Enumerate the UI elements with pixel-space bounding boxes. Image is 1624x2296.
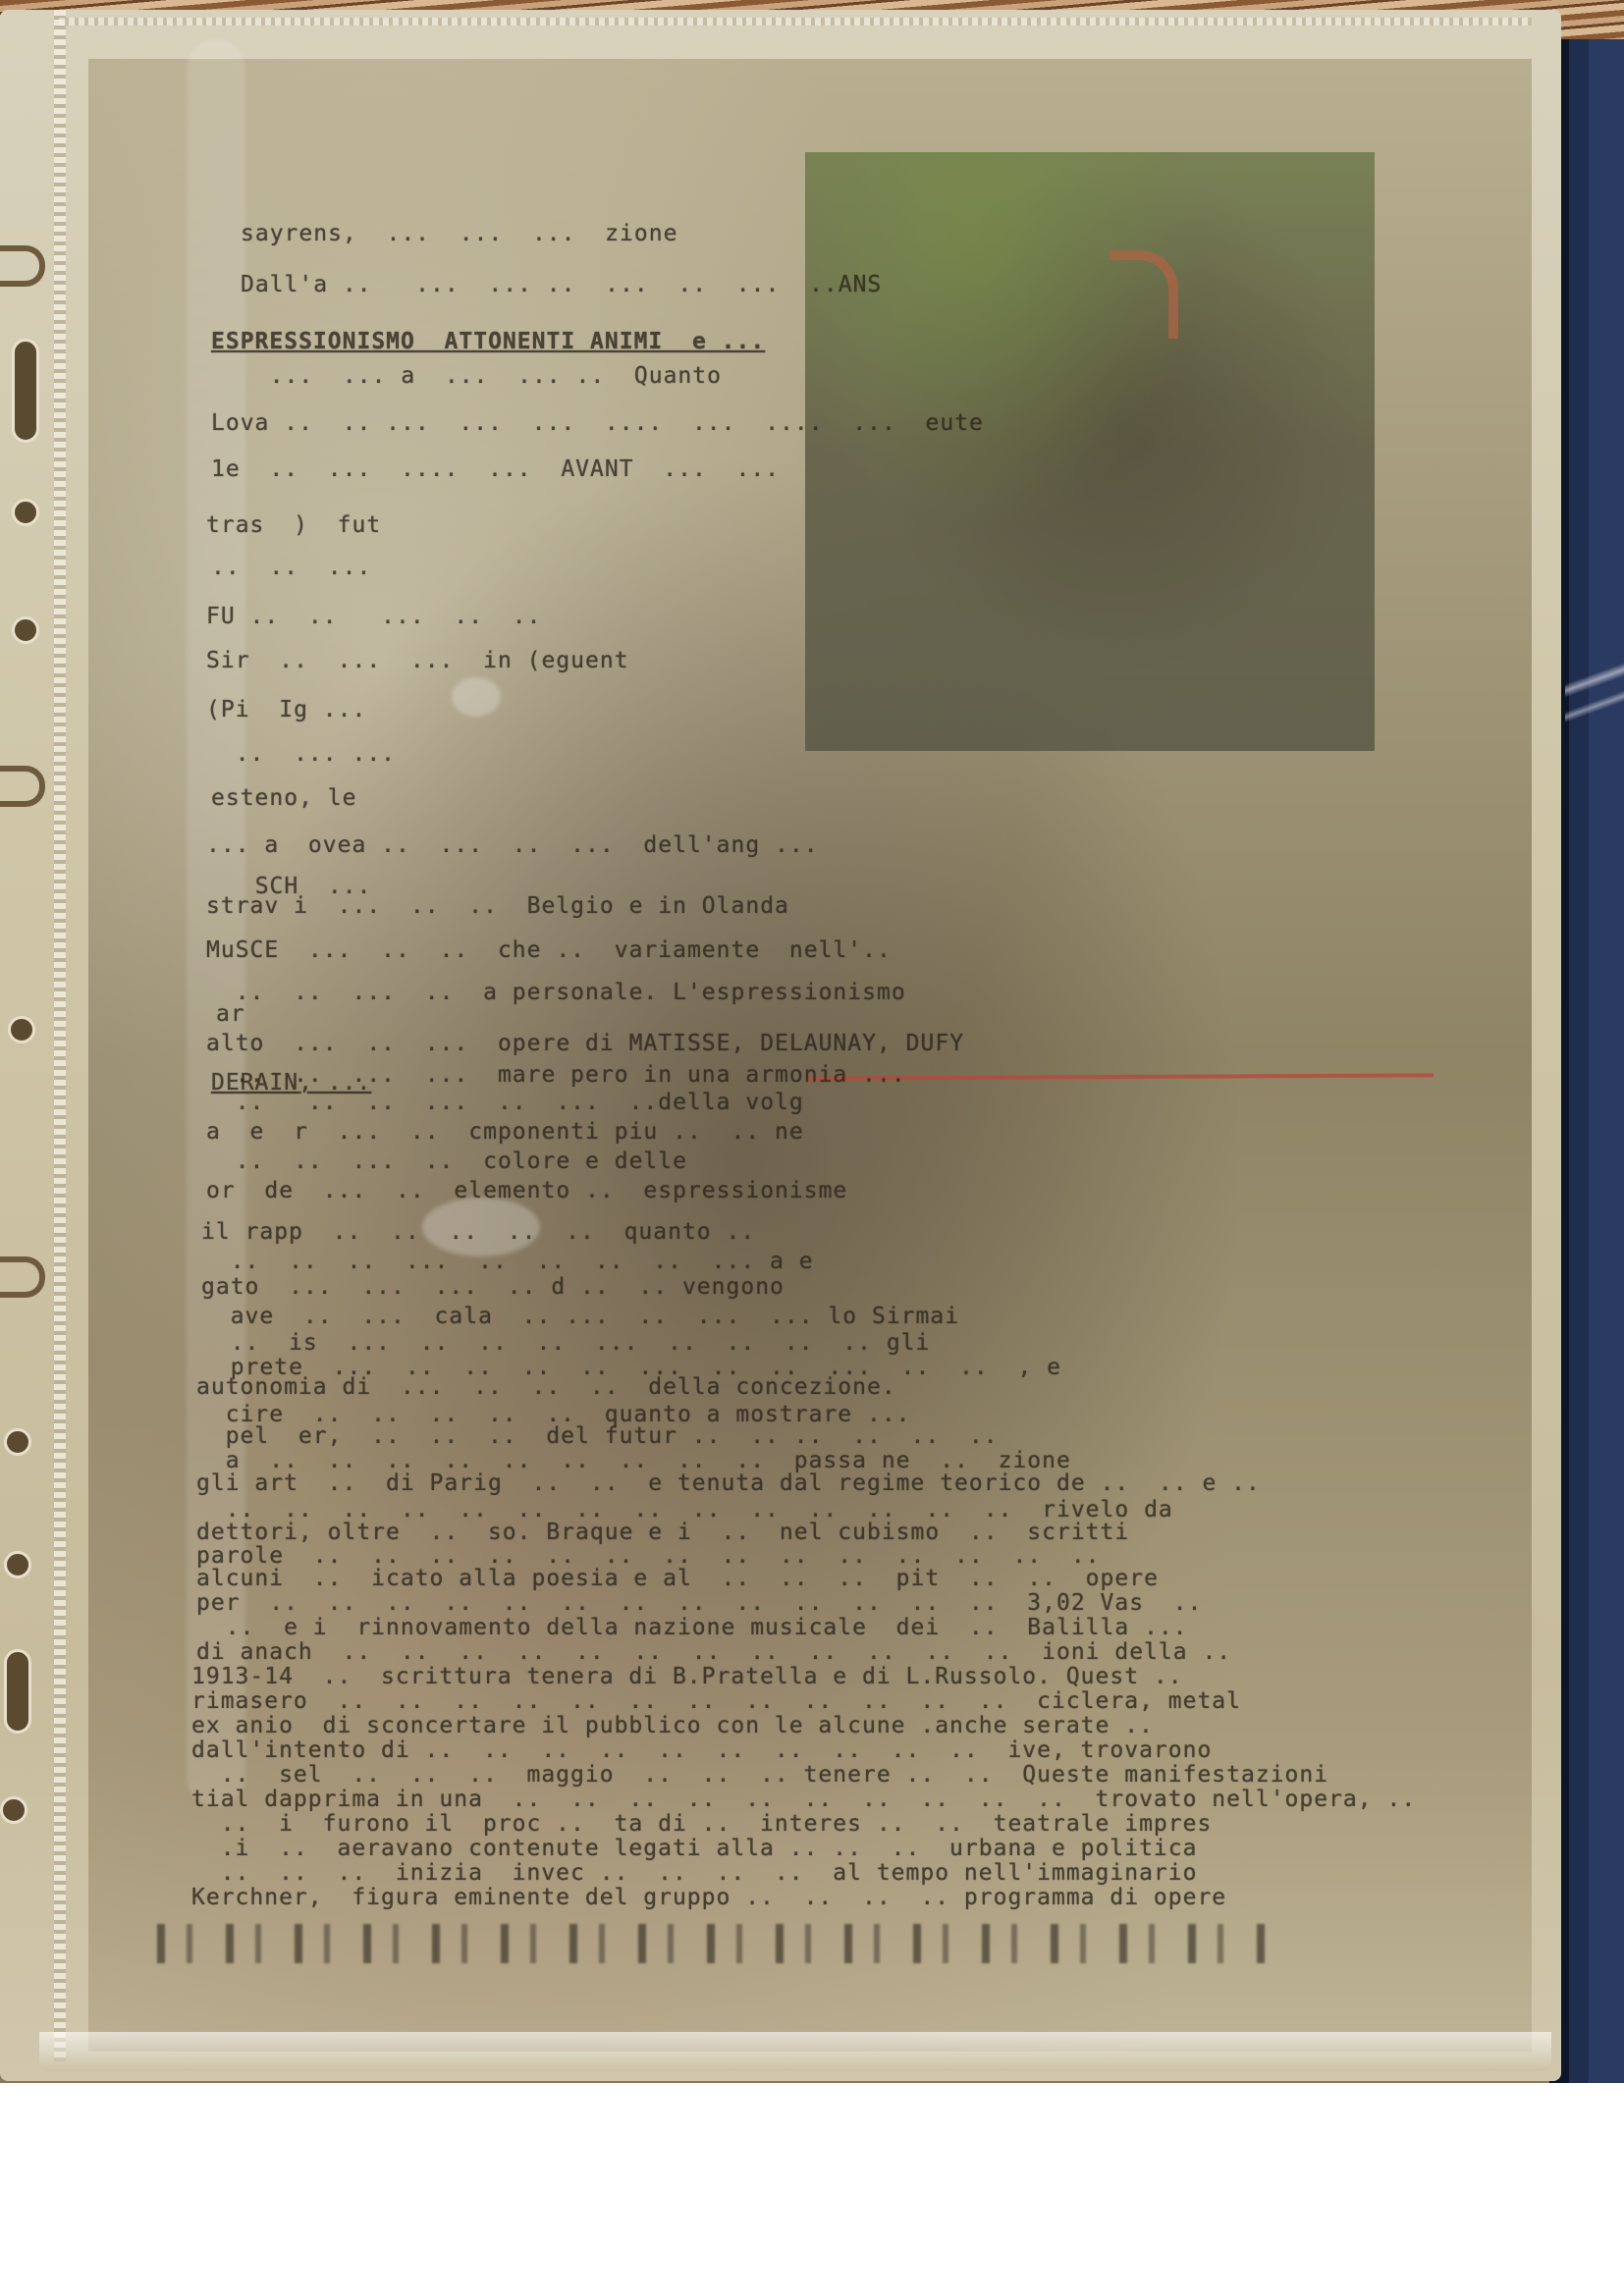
typed-line: sayrens, ... ... ... zione (241, 221, 677, 246)
sleeve-seam (54, 10, 66, 2061)
typed-line: strav i ... .. .. Belgio e in Olanda (206, 893, 789, 919)
typed-line: MuSCE ... .. .. che .. variamente nell'.… (206, 937, 892, 963)
typed-line: Lova .. .. ... ... ... .... ... .... ...… (211, 410, 984, 436)
typed-line: 1e .. ... .... ... AVANT ... ... (211, 456, 780, 482)
typed-line: gato ... ... ... .. d .. .. vengono (201, 1274, 785, 1300)
photo-stain-region (805, 152, 1375, 751)
typed-line: or de ... .. elemento .. espressionisme (206, 1178, 847, 1203)
typed-line: .i .. aeravano contenute legati alla .. … (191, 1836, 1197, 1861)
binder-ring (0, 1256, 45, 1298)
typed-line: alcuni .. icato alla poesia e al .. .. .… (196, 1566, 1159, 1591)
typed-line: Dall'a .. ... ... .. ... .. ... ..ANS (241, 272, 882, 297)
typed-line: di anach .. .. .. .. .. .. .. .. .. .. .… (196, 1639, 1231, 1665)
typed-line: rimasero .. .. .. .. .. .. .. .. .. .. .… (191, 1688, 1241, 1714)
typed-line: gli art .. di Parig .. .. e tenuta dal r… (196, 1470, 1261, 1496)
binder-cover-shine (1565, 628, 1624, 746)
typed-line: dall'intento di .. .. .. .. .. .. .. .. … (191, 1737, 1212, 1763)
document-photo: sayrens, ... ... ... zione Dall'a .. ...… (0, 0, 1624, 2083)
typed-line: .. e i rinnovamento della nazione musica… (196, 1615, 1188, 1640)
typed-line: per .. .. .. .. .. .. .. .. .. .. .. .. … (196, 1590, 1202, 1616)
typed-line: .. sel .. .. .. maggio .. .. .. tenere .… (191, 1762, 1328, 1788)
typed-line: esteno, le (211, 785, 356, 811)
punch-hole (4, 1428, 31, 1456)
typed-line: ... a ovea .. ... .. ... dell'ang ... (206, 832, 819, 858)
typed-line: ex anio di sconcertare il pubblico con l… (191, 1713, 1154, 1738)
sleeve-top-seam (59, 18, 1532, 26)
punch-hole (4, 1551, 31, 1578)
punch-hole (0, 1796, 27, 1824)
typed-line: ... ... a ... ... .. Quanto (241, 363, 722, 389)
punch-hole (8, 1016, 35, 1043)
typed-line: .. .. .. inizia invec .. .. .. .. al tem… (191, 1860, 1197, 1886)
punch-hole (12, 616, 39, 644)
typed-line: pel er, .. .. .. del futur .. .. .. .. .… (196, 1423, 999, 1449)
typed-line: .. .. .. ... .. .. .. .. ... a e (201, 1249, 814, 1274)
sleeve-bottom-edge (39, 2032, 1551, 2071)
typed-line: .. is ... .. .. .. ... .. .. .. .. gli (201, 1330, 930, 1356)
ink-smudge-row (157, 1924, 1286, 1963)
typed-line: (Pi Ig ... (206, 697, 366, 722)
typed-line: FU .. .. ... .. .. (206, 604, 542, 629)
typed-line: dettori, oltre .. so. Braque e i .. nel … (196, 1520, 1129, 1545)
typed-line: tras ) fut (206, 512, 381, 538)
typed-line: alto ... .. ... opere di MATISSE, DELAUN… (206, 1031, 964, 1056)
typed-line: 1913-14 .. scrittura tenera di B.Pratell… (191, 1664, 1183, 1689)
punch-hole (4, 1649, 31, 1734)
binder-ring (0, 766, 45, 807)
typed-line: ar (216, 1001, 245, 1027)
typed-line: .. .. .. ... .. ... ..della volg (206, 1090, 804, 1115)
red-pen-mark (1110, 250, 1178, 339)
sleeve-glare (452, 677, 501, 717)
typed-line: .. i furono il proc .. ta di .. interes … (191, 1811, 1212, 1837)
typed-line: il rapp .. .. .. .. .. quanto .. (201, 1219, 755, 1245)
typed-line: .. ... ... (206, 741, 396, 767)
typed-line: tial dapprima in una .. .. .. .. .. .. .… (191, 1787, 1416, 1812)
typed-line: .. .. ... .. colore e delle (206, 1148, 687, 1174)
typed-line: Sir .. ... ... in (eguent (206, 648, 629, 673)
punch-hole (12, 339, 39, 443)
typed-line: .. .. ... ... mare pero in una armonia .… (206, 1062, 906, 1088)
typed-line: .. .. ... (211, 555, 371, 580)
typed-line: a e r ... .. cmponenti piu .. .. ne (206, 1119, 804, 1145)
typed-line: Kerchner, figura eminente del gruppo .. … (191, 1885, 1226, 1910)
typed-line: .. .. ... .. a personale. L'espressionis… (206, 980, 906, 1005)
section-heading: ESPRESSIONISMO ATTONENTI ANIMI e ... (211, 329, 765, 354)
punch-hole (12, 499, 39, 526)
typed-line: ave .. ... cala .. ... .. ... ... lo Sir… (201, 1304, 959, 1329)
binder-ring (0, 245, 45, 287)
typed-line: autonomia di ... .. .. .. della concezio… (196, 1374, 896, 1400)
